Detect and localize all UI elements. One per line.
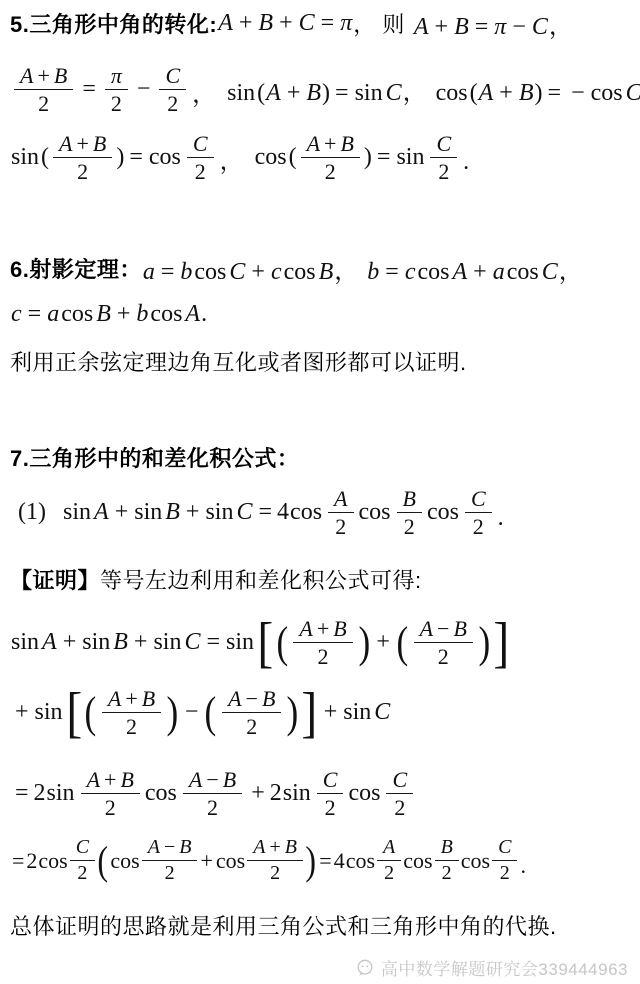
watermark-text: 高中数学解题研究会339444963 [381, 955, 628, 980]
math-run: a=bcosC+ccosB， [142, 251, 358, 286]
fraction: A+B2 [81, 767, 140, 821]
proof-step-1: sinA+sinB+sinC=sin[(A+B2)+(A−B2)] [0, 615, 640, 671]
text-run: 总体证明的思路就是利用三角公式和三角形中角的代换. [10, 910, 557, 941]
math-run: )=sin [364, 144, 427, 171]
math-run: (1)sinA+sinB+sinC=4cos [10, 499, 324, 526]
fraction: A+B2 [293, 616, 352, 670]
fraction: B2 [435, 836, 459, 885]
math-run: cos [402, 848, 433, 874]
math-run: cos [460, 848, 491, 874]
proof-step-2: +sin[(A+B2)−(A−B2)]+sinC [0, 685, 640, 741]
text-run: 【证明】 [10, 564, 100, 595]
math-run: b=ccosA+acosC， [358, 251, 582, 286]
proof-intro: 【证明】等号左边利用和差化积公式可得: [0, 564, 640, 595]
text-run: 6.射影定理： [10, 253, 142, 284]
heading-section-5: 5.三角形中角的转化:A+B+C=π， 则A+B=π−C， [0, 6, 640, 41]
punctuation: . [518, 853, 528, 885]
formula-lines: 5.三角形中角的转化:A+B+C=π， 则A+B=π−C，A+B2=π2−C2，… [0, 6, 640, 941]
math-run: sinA+sinB+sinC=sin [10, 629, 256, 656]
math-run: cos [358, 499, 393, 526]
fraction: C2 [70, 836, 95, 885]
big-delimiter: ( [205, 691, 217, 735]
fraction: A+B2 [102, 686, 161, 740]
formula-projection-c: c=acosB+bcosA. [0, 301, 640, 328]
fraction: A−B2 [142, 836, 198, 885]
heading-section-7: 7.三角形中的和差化积公式： [0, 442, 640, 473]
big-delimiter: ( [396, 621, 408, 665]
punctuation: . [496, 505, 506, 540]
text-run: ， 则 [353, 8, 405, 39]
proof-step-4: =2cosC2(cosA−B2+cosA+B2)=4cosA2cosB2cosC… [0, 836, 640, 885]
big-delimiter: ) [167, 691, 179, 735]
math-run: =2cos [10, 848, 69, 874]
fraction: A+B2 [247, 836, 303, 885]
fraction: A−B2 [183, 767, 242, 821]
big-delimiter: ( [85, 691, 97, 735]
text-run: 7.三角形中的和差化积公式： [10, 442, 299, 473]
fraction: C2 [187, 131, 214, 185]
text-run: 5.三角形中角的转化: [10, 8, 217, 39]
math-run: =4cos [317, 848, 376, 874]
math-run: +cos [198, 848, 246, 874]
big-delimiter: ) [305, 841, 316, 881]
fraction: C2 [386, 767, 413, 821]
text-run: 利用正余弦定理边角互化或者图形都可以证明. [10, 346, 467, 377]
math-run: A+B+C=π [217, 10, 353, 37]
punctuation: ， [190, 74, 218, 117]
fraction: C2 [465, 486, 492, 540]
big-delimiter: ] [493, 615, 509, 671]
formula-angle-half-sum: A+B2=π2−C2，sin(A+B)=sinC，cos(A+B)=−cosC， [0, 63, 640, 117]
math-run: =2sin [10, 780, 77, 807]
math-run: cos [347, 780, 382, 807]
fraction: C2 [430, 131, 457, 185]
math-run: A+B=π−C， [405, 6, 573, 41]
math-run: +sin [10, 699, 65, 726]
math-run: +2sin [246, 780, 313, 807]
fraction: A+B2 [14, 63, 73, 117]
fraction: π2 [105, 63, 128, 117]
text-run: 等号左边利用和差化积公式可得: [100, 564, 422, 595]
big-delimiter: ] [301, 685, 317, 741]
big-delimiter: ) [358, 621, 370, 665]
fraction: A+B2 [301, 131, 360, 185]
fraction: A−B2 [222, 686, 281, 740]
fraction: C2 [492, 836, 517, 885]
fraction: A2 [328, 486, 353, 540]
big-delimiter: ) [287, 691, 299, 735]
math-run: c=acosB+bcosA. [10, 301, 207, 328]
fraction: C2 [159, 63, 186, 117]
math-run: +sinC [319, 699, 392, 726]
fraction: B2 [397, 486, 422, 540]
math-run: − [132, 76, 156, 103]
fraction: C2 [317, 767, 344, 821]
math-run: sin(A+B)=sinC，cos(A+B)=−cosC， [218, 72, 640, 107]
fraction: A−B2 [414, 616, 473, 670]
big-delimiter: ( [276, 621, 288, 665]
heading-section-6: 6.射影定理：a=bcosC+ccosB，b=ccosA+acosC， [0, 251, 640, 286]
punctuation: . [461, 149, 471, 184]
math-run: cos( [246, 144, 297, 171]
watermark: 高中数学解题研究会339444963 [0, 955, 628, 980]
formula-sum-to-product: (1)sinA+sinB+sinC=4cosA2cosB2cosC2. [0, 486, 640, 540]
wechat-icon [355, 958, 375, 978]
fraction: A+B2 [53, 131, 112, 185]
math-run: − [180, 699, 204, 726]
math-run: cos [144, 780, 179, 807]
punctuation: ， [218, 141, 246, 184]
math-run: = [77, 76, 101, 103]
math-run: cos [426, 499, 461, 526]
document-page: 5.三角形中角的转化:A+B+C=π， 则A+B=π−C，A+B2=π2−C2，… [0, 6, 640, 984]
big-delimiter: ) [478, 621, 490, 665]
math-run: sin( [10, 144, 49, 171]
formula-half-angle-cofunction: sin(A+B2)=cosC2，cos(A+B2)=sinC2. [0, 131, 640, 185]
big-delimiter: [ [257, 615, 273, 671]
big-delimiter: [ [66, 685, 82, 741]
fraction: A2 [377, 836, 401, 885]
math-run: + [371, 629, 395, 656]
closing-remark: 总体证明的思路就是利用三角公式和三角形中角的代换. [0, 910, 640, 941]
note-projection-proof: 利用正余弦定理边角互化或者图形都可以证明. [0, 346, 640, 377]
big-delimiter: ( [97, 841, 108, 881]
proof-step-3: =2sinA+B2cosA−B2+2sinC2cosC2 [0, 767, 640, 821]
math-run: )=cos [116, 144, 183, 171]
math-run: cos [109, 848, 140, 874]
